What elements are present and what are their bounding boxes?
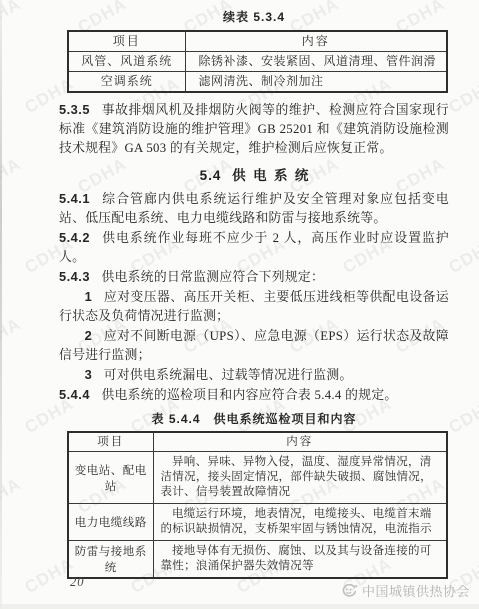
subitem-1: 1应对变压器、高压开关柜、主要低压进线柜等供配电设备运行状态及负荷情况进行监测； [59,287,449,326]
clause-5-4-3: 5.4.3供电系统的日常监测应符合下列规定： [59,267,449,287]
clause-5-3-5: 5.3.5事故排烟风机及排烟防火阀等的维护、检测应符合国家现行标准《建筑消防设施… [59,100,449,158]
watermark-text: CDHA [0,314,25,358]
subitem-text: 可对供电系统漏电、过载等情况进行监测。 [104,368,353,382]
scan-bottom-edge [0,604,479,609]
clause-5-4-1: 5.4.1综合管廊内供电系统运行维护及安全管理对象应包括变电站、低压配电系统、电… [59,189,449,228]
clause-number: 5.3.5 [59,102,90,117]
watermark-text: CDHA [0,154,25,198]
table-row: 空调系统 滤网清洗、制冷剂加注 [68,72,447,93]
subitem-2: 2应对不间断电源（UPS）、应急电源（EPS）运行状态及故障信号进行监测； [59,326,449,365]
subitem-3: 3可对供电系统漏电、过载等情况进行监测。 [59,365,449,385]
subitem-text: 应对变压器、高压开关柜、主要低压进线柜等供配电设备运行状态及负荷情况进行监测； [59,290,449,323]
section-number: 5.4 [200,168,222,183]
cell-content: 除锈补漆、安装紧固、风道清理、管件润滑 [185,52,447,72]
watermark-text: CDHA [0,0,25,38]
continued-table-caption: 续表 5.3.4 [59,8,449,25]
cell-content: 接地导体有无损伤、腐蚀、以及其与设备连接的可靠性；浪涌保护器失效情况等 [153,541,447,579]
document-page: CDHACDHACDHACDHACDHACDHACDHACDHACDHACDHA… [0,0,479,609]
cell-content: 异响、异味、异物入侵，温度、湿度异常情况，清洁情况，接头固定情况，部件缺失破损、… [153,452,447,504]
watermark-text: CDHA [446,234,479,278]
association-name: 中国城镇供热协会 [362,581,470,600]
clause-number: 5.4.4 [59,387,90,402]
cell-content: 电缆运行环境，地表情况，电缆接头、电缆首末端的标识缺损情况，支桥架牢固与锈蚀情况… [153,504,447,541]
clause-text: 供电系统的巡检项目和内容应符合表 5.4.4 的规定。 [101,388,397,402]
watermark-text: CDHA [0,474,25,518]
watermark-text: CDHA [446,394,479,438]
column-header-item: 项目 [68,432,153,452]
column-header-content: 内容 [153,432,447,452]
column-header-item: 项目 [68,31,185,52]
table-header-row: 项目 内容 [68,31,447,52]
clause-text: 供电系统作业每班不应少于 2 人，高压作业时应设置监护人。 [59,231,449,264]
cell-content: 滤网清洗、制冷剂加注 [185,72,447,93]
subitem-text: 应对不间断电源（UPS）、应急电源（EPS）运行状态及故障信号进行监测； [59,329,449,362]
table-row: 防雷与接地系统 接地导体有无损伤、腐蚀、以及其与设备连接的可靠性；浪涌保护器失效… [68,541,447,579]
watermark-text: CDHA [446,74,479,118]
association-logo-icon [340,582,359,599]
section-title: 供电系统 [232,168,316,183]
clause-text: 综合管廊内供电系统运行维护及安全管理对象应包括变电站、低压配电系统、电力电缆线路… [59,192,449,225]
inspection-table: 项目 内容 变电站、配电站 异响、异味、异物入侵，温度、湿度异常情况，清洁情况，… [67,431,448,579]
cell-item: 防雷与接地系统 [68,541,153,579]
cell-item: 风管、风道系统 [68,52,185,72]
clause-5-4-4: 5.4.4供电系统的巡检项目和内容应符合表 5.4.4 的规定。 [59,385,449,405]
clause-number: 5.4.1 [59,191,90,206]
table-row: 电力电缆线路 电缆运行环境，地表情况，电缆接头、电缆首末端的标识缺损情况，支桥架… [68,504,447,541]
table-header-row: 项目 内容 [68,432,447,452]
continued-table: 项目 内容 风管、风道系统 除锈补漆、安装紧固、风道清理、管件润滑 空调系统 滤… [67,30,448,93]
inspection-table-caption: 表 5.4.4 供电系统巡检项目和内容 [59,410,449,427]
subitem-number: 3 [85,367,93,382]
table-row: 风管、风道系统 除锈补漆、安装紧固、风道清理、管件润滑 [68,52,447,72]
subitem-number: 1 [85,289,93,304]
scan-left-edge [0,0,2,609]
clause-text: 事故排烟风机及排烟防火阀等的维护、检测应符合国家现行标准《建筑消防设施的维护管理… [59,103,449,155]
cell-item: 空调系统 [68,72,185,93]
cell-item: 电力电缆线路 [68,504,153,541]
clause-text: 供电系统的日常监测应符合下列规定： [101,270,324,284]
cell-item: 变电站、配电站 [68,452,153,504]
clause-5-4-2: 5.4.2供电系统作业每班不应少于 2 人，高压作业时应设置监护人。 [59,228,449,267]
column-header-content: 内容 [185,31,447,52]
page-number: 20 [70,575,85,590]
table-row: 变电站、配电站 异响、异味、异物入侵，温度、湿度异常情况，清洁情况，接头固定情况… [68,452,447,504]
clause-number: 5.4.3 [59,269,90,284]
clause-number: 5.4.2 [59,230,90,245]
page-content: 续表 5.3.4 项目 内容 风管、风道系统 除锈补漆、安装紧固、风道清理、管件… [59,6,449,579]
section-heading: 5.4供电系统 [59,164,449,184]
subitem-number: 2 [85,328,93,343]
association-logo: 中国城镇供热协会 [340,581,470,600]
